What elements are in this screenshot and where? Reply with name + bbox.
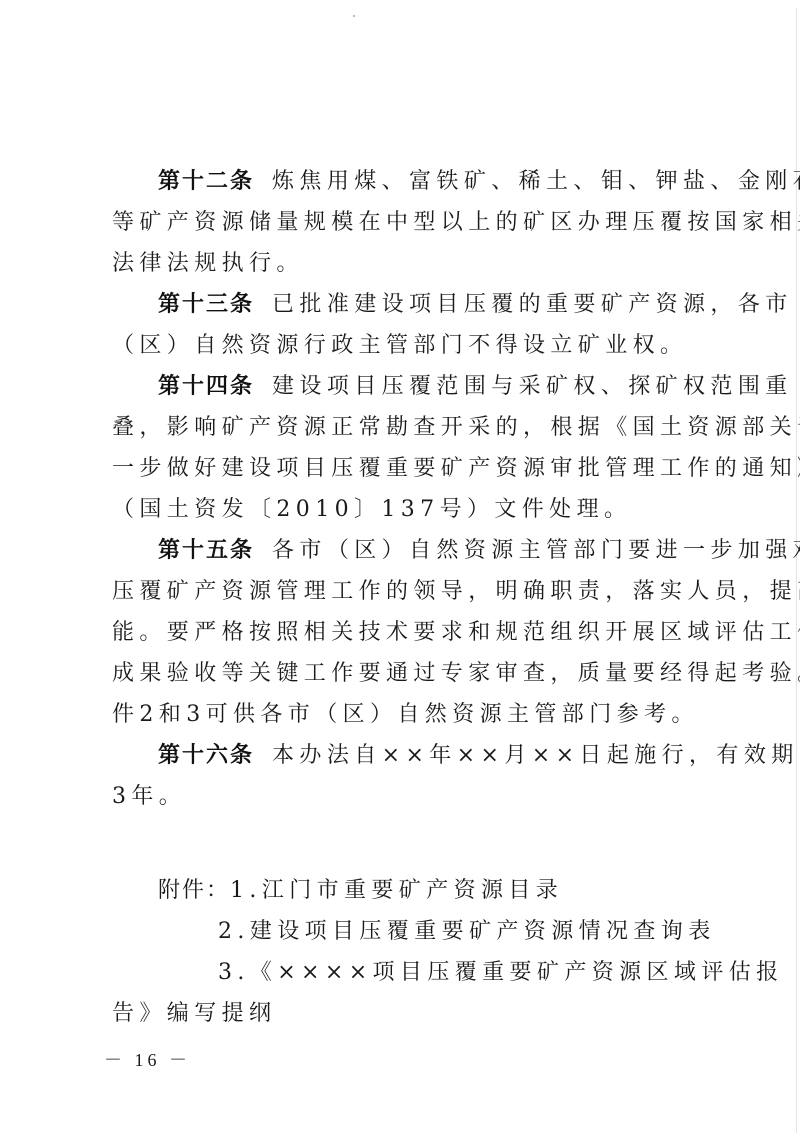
article-15-line-4: 成果验收等关键工作要通过专家审查，质量要经得起考验。附 [112, 653, 694, 694]
article-15-label: 第十五条 [158, 538, 254, 563]
article-12-line-1: 第十二条炼焦用煤、富铁矿、稀土、钼、钾盐、金刚石 [112, 161, 694, 202]
article-15-line-5: 件2和3可供各市（区）自然资源主管部门参考。 [112, 694, 694, 735]
article-15-line-1: 第十五条各市（区）自然资源主管部门要进一步加强对 [112, 530, 694, 571]
article-15-line-3: 能。要严格按照相关技术要求和规范组织开展区域评估工作， [112, 612, 694, 653]
article-16-label: 第十六条 [158, 743, 254, 768]
article-14-line-4: （国土资发〔2010〕137号）文件处理。 [112, 489, 694, 530]
attachment-item-2: 2.建设项目压覆重要矿产资源情况查询表 [112, 911, 694, 952]
article-14-label: 第十四条 [158, 374, 254, 399]
article-14-line-2: 叠，影响矿产资源正常勘查开采的，根据《国土资源部关于进 [112, 407, 694, 448]
article-12-line-3: 法律法规执行。 [112, 243, 694, 284]
article-12-label: 第十二条 [158, 169, 254, 194]
article-15-text: 各市（区）自然资源主管部门要进一步加强对 [272, 538, 800, 563]
document-body: 第十二条炼焦用煤、富铁矿、稀土、钼、钾盐、金刚石 等矿产资源储量规模在中型以上的… [112, 161, 694, 817]
article-14-text: 建设项目压覆范围与采矿权、探矿权范围重 [272, 374, 793, 399]
article-13-line-1: 第十三条已批准建设项目压覆的重要矿产资源，各市 [112, 284, 694, 325]
article-13-line-2: （区）自然资源行政主管部门不得设立矿业权。 [112, 325, 694, 366]
attachments-list: 附件：1.江门市重要矿产资源目录 2.建设项目压覆重要矿产资源情况查询表 3.《… [112, 870, 694, 1034]
article-12-text: 炼焦用煤、富铁矿、稀土、钼、钾盐、金刚石 [272, 169, 800, 194]
article-14-line-3: 一步做好建设项目压覆重要矿产资源审批管理工作的通知》 [112, 448, 694, 489]
article-15-line-2: 压覆矿产资源管理工作的领导，明确职责，落实人员，提高效 [112, 571, 694, 612]
attachment-item-1: 附件：1.江门市重要矿产资源目录 [112, 870, 694, 911]
article-13-label: 第十三条 [158, 292, 254, 317]
attachments-prefix: 附件： [158, 878, 230, 903]
attachment-1-text: 1.江门市重要矿产资源目录 [230, 878, 563, 903]
article-16-line-2: 3年。 [112, 776, 694, 817]
article-14-line-1: 第十四条建设项目压覆范围与采矿权、探矿权范围重 [112, 366, 694, 407]
page-number: － 16 － [104, 1048, 191, 1072]
document-page: 第十二条炼焦用煤、富铁矿、稀土、钼、钾盐、金刚石 等矿产资源储量规模在中型以上的… [0, 0, 800, 1133]
attachment-item-3-line-2: 告》编写提纲 [112, 993, 694, 1034]
article-16-line-1: 第十六条本办法自××年××月××日起施行，有效期 [112, 735, 694, 776]
article-12-line-2: 等矿产资源储量规模在中型以上的矿区办理压覆按国家相关 [112, 202, 694, 243]
article-13-text: 已批准建设项目压覆的重要矿产资源，各市 [272, 292, 793, 317]
attachment-item-3-line-1: 3.《××××项目压覆重要矿产资源区域评估报 [112, 952, 694, 993]
article-16-text: 本办法自××年××月××日起施行，有效期 [272, 743, 799, 768]
scan-artifact [353, 15, 355, 17]
